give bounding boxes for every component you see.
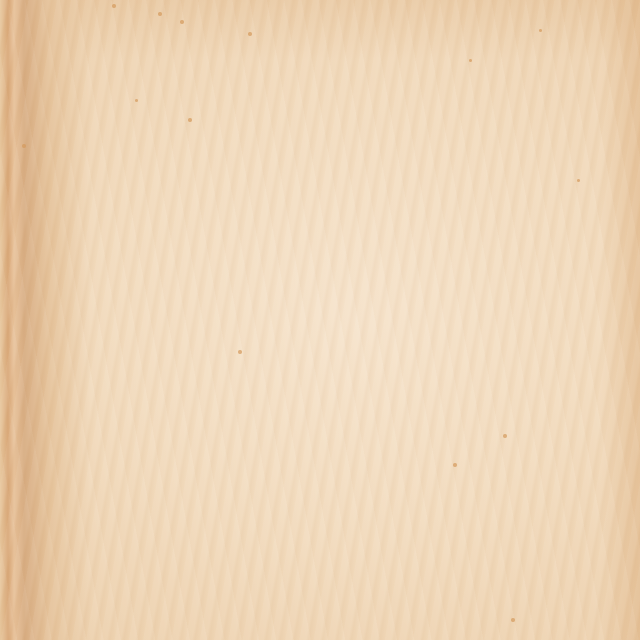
foxing-spot (248, 32, 252, 36)
aged-paper-background (0, 0, 640, 640)
foxing-spot (503, 434, 507, 438)
foxing-spot (577, 179, 580, 182)
foxing-spot (188, 118, 192, 122)
foxing-spot (22, 144, 26, 148)
foxing-spot (238, 350, 242, 354)
paper-texture-overlay (0, 0, 640, 640)
foxing-spot (469, 59, 472, 62)
foxing-spot (453, 463, 457, 467)
foxing-spot (180, 20, 184, 24)
foxing-spot (511, 618, 515, 622)
foxing-spot (135, 99, 138, 102)
foxing-spot (539, 29, 542, 32)
foxing-spot (112, 4, 116, 8)
foxing-spot (158, 12, 162, 16)
